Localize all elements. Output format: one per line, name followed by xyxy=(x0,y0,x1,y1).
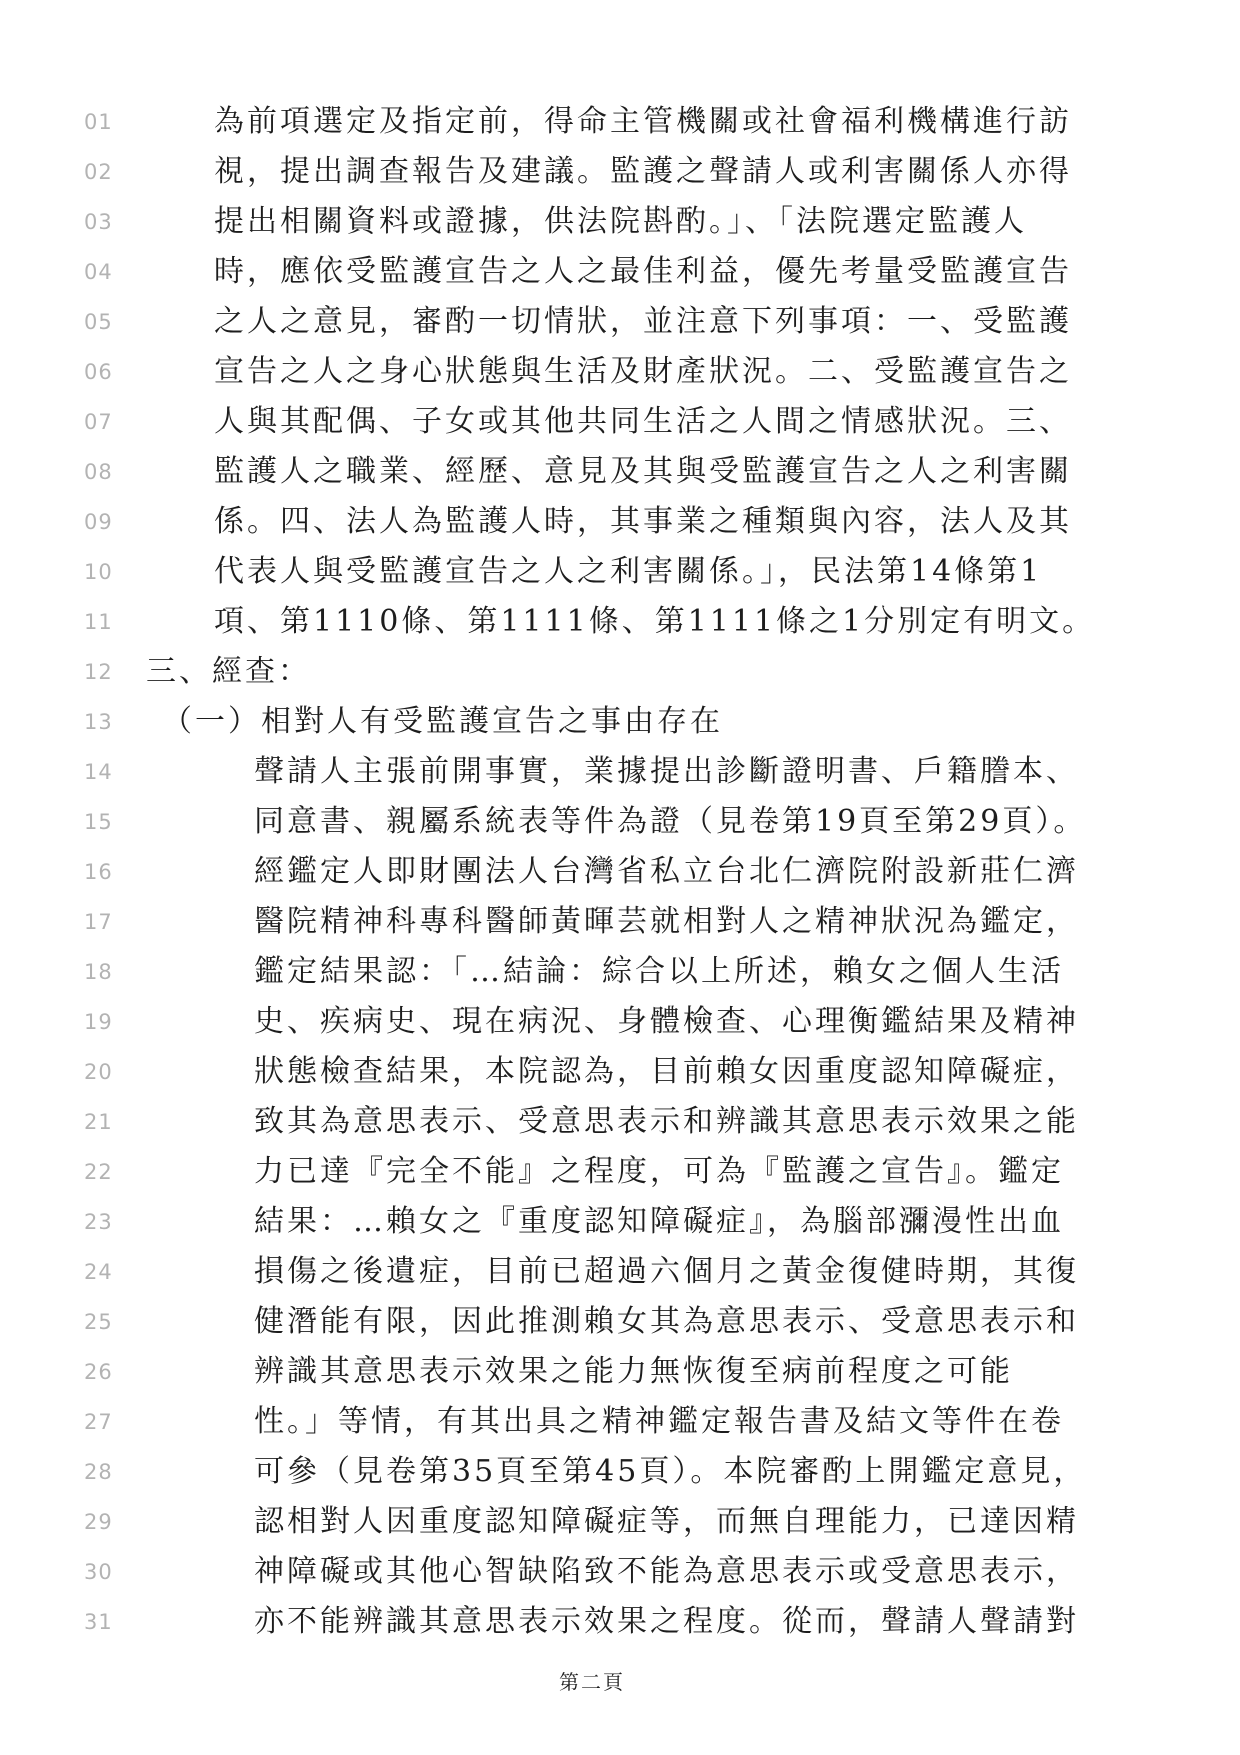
document-line: 18鑑定結果認：「…結論：綜合以上所述，賴女之個人生活 xyxy=(0,947,1240,997)
line-number: 20 xyxy=(84,1047,118,1097)
line-number: 12 xyxy=(84,647,118,697)
page-footer: 第二頁 xyxy=(147,1666,1037,1695)
document-line: 28可參（見卷第35頁至第45頁）。本院審酌上開鑑定意見， xyxy=(0,1447,1240,1497)
line-number: 23 xyxy=(84,1197,118,1247)
document-line: 02視，提出調查報告及建議。監護之聲請人或利害關係人亦得 xyxy=(0,147,1240,197)
document-line: 15同意書、親屬系統表等件為證（見卷第19頁至第29頁）。 xyxy=(0,797,1240,847)
document-line: 25健潛能有限，因此推測賴女其為意思表示、受意思表示和 xyxy=(0,1297,1240,1347)
line-text: 代表人與受監護宣告之人之利害關係。」，民法第14條第1 xyxy=(0,547,1240,597)
line-text: 亦不能辨識其意思表示效果之程度。從而，聲請人聲請對 xyxy=(0,1597,1240,1647)
line-number: 14 xyxy=(84,747,118,797)
line-number: 25 xyxy=(84,1297,118,1347)
line-number: 31 xyxy=(84,1597,118,1647)
document-line: 16經鑑定人即財團法人台灣省私立台北仁濟院附設新莊仁濟 xyxy=(0,847,1240,897)
line-number: 22 xyxy=(84,1147,118,1197)
line-text: 視，提出調查報告及建議。監護之聲請人或利害關係人亦得 xyxy=(0,147,1240,197)
line-text: 項、第1110條、第1111條、第1111條之1分別定有明文。 xyxy=(0,597,1240,647)
line-text: 可參（見卷第35頁至第45頁）。本院審酌上開鑑定意見， xyxy=(0,1447,1240,1497)
line-text: 辨識其意思表示效果之能力無恢復至病前程度之可能 xyxy=(0,1347,1240,1397)
line-text: 之人之意見，審酌一切情狀，並注意下列事項：一、受監護 xyxy=(0,297,1240,347)
line-number: 29 xyxy=(84,1497,118,1547)
document-line: 12三、經查： xyxy=(0,647,1240,697)
line-text: 認相對人因重度認知障礙症等，而無自理能力，已達因精 xyxy=(0,1497,1240,1547)
document-page: 01為前項選定及指定前，得命主管機關或社會福利機構進行訪02視，提出調查報告及建… xyxy=(0,0,1240,1755)
document-line: 19史、疾病史、現在病況、身體檢查、心理衡鑑結果及精神 xyxy=(0,997,1240,1047)
line-number: 11 xyxy=(84,597,118,647)
line-number: 21 xyxy=(84,1097,118,1147)
line-text: 三、經查： xyxy=(0,647,1240,697)
document-line: 09係。四、法人為監護人時，其事業之種類與內容，法人及其 xyxy=(0,497,1240,547)
document-line: 17醫院精神科專科醫師黃暉芸就相對人之精神狀況為鑑定， xyxy=(0,897,1240,947)
line-number: 18 xyxy=(84,947,118,997)
document-line: 07人與其配偶、子女或其他共同生活之人間之情感狀況。三、 xyxy=(0,397,1240,447)
document-line: 14聲請人主張前開事實，業據提出診斷證明書、戶籍謄本、 xyxy=(0,747,1240,797)
line-number: 06 xyxy=(84,347,118,397)
line-number: 15 xyxy=(84,797,118,847)
line-number: 04 xyxy=(84,247,118,297)
line-number: 19 xyxy=(84,997,118,1047)
line-text: 同意書、親屬系統表等件為證（見卷第19頁至第29頁）。 xyxy=(0,797,1240,847)
document-line: 23結果：…賴女之『重度認知障礙症』，為腦部瀰漫性出血 xyxy=(0,1197,1240,1247)
line-number: 28 xyxy=(84,1447,118,1497)
line-number: 08 xyxy=(84,447,118,497)
page-number-label: 第二頁 xyxy=(559,1670,625,1694)
line-text: 損傷之後遺症，目前已超過六個月之黃金復健時期，其復 xyxy=(0,1247,1240,1297)
line-number: 01 xyxy=(84,97,118,147)
line-text: 神障礙或其他心智缺陷致不能為意思表示或受意思表示， xyxy=(0,1547,1240,1597)
line-number: 26 xyxy=(84,1347,118,1397)
document-line: 31亦不能辨識其意思表示效果之程度。從而，聲請人聲請對 xyxy=(0,1597,1240,1647)
document-line: 03提出相關資料或證據，供法院斟酌。」、「法院選定監護人 xyxy=(0,197,1240,247)
line-number: 10 xyxy=(84,547,118,597)
line-text: 狀態檢查結果，本院認為，目前賴女因重度認知障礙症， xyxy=(0,1047,1240,1097)
line-text: 致其為意思表示、受意思表示和辨識其意思表示效果之能 xyxy=(0,1097,1240,1147)
line-text: 醫院精神科專科醫師黃暉芸就相對人之精神狀況為鑑定， xyxy=(0,897,1240,947)
document-line: 21致其為意思表示、受意思表示和辨識其意思表示效果之能 xyxy=(0,1097,1240,1147)
document-line: 13（一）相對人有受監護宣告之事由存在 xyxy=(0,697,1240,747)
line-text: 人與其配偶、子女或其他共同生活之人間之情感狀況。三、 xyxy=(0,397,1240,447)
line-number: 03 xyxy=(84,197,118,247)
line-text: 力已達『完全不能』之程度，可為『監護之宣告』。鑑定 xyxy=(0,1147,1240,1197)
line-number: 13 xyxy=(84,697,118,747)
document-line: 08監護人之職業、經歷、意見及其與受監護宣告之人之利害關 xyxy=(0,447,1240,497)
line-number: 07 xyxy=(84,397,118,447)
document-line: 10代表人與受監護宣告之人之利害關係。」，民法第14條第1 xyxy=(0,547,1240,597)
line-text: （一）相對人有受監護宣告之事由存在 xyxy=(0,697,1240,747)
line-text: 結果：…賴女之『重度認知障礙症』，為腦部瀰漫性出血 xyxy=(0,1197,1240,1247)
line-number: 05 xyxy=(84,297,118,347)
line-text: 係。四、法人為監護人時，其事業之種類與內容，法人及其 xyxy=(0,497,1240,547)
line-number: 17 xyxy=(84,897,118,947)
line-number: 24 xyxy=(84,1247,118,1297)
document-line: 27性。」等情，有其出具之精神鑑定報告書及結文等件在卷 xyxy=(0,1397,1240,1447)
document-line: 05之人之意見，審酌一切情狀，並注意下列事項：一、受監護 xyxy=(0,297,1240,347)
line-text: 聲請人主張前開事實，業據提出診斷證明書、戶籍謄本、 xyxy=(0,747,1240,797)
line-text: 為前項選定及指定前，得命主管機關或社會福利機構進行訪 xyxy=(0,97,1240,147)
line-number: 16 xyxy=(84,847,118,897)
line-text: 史、疾病史、現在病況、身體檢查、心理衡鑑結果及精神 xyxy=(0,997,1240,1047)
line-text: 提出相關資料或證據，供法院斟酌。」、「法院選定監護人 xyxy=(0,197,1240,247)
line-text: 監護人之職業、經歷、意見及其與受監護宣告之人之利害關 xyxy=(0,447,1240,497)
document-line: 26辨識其意思表示效果之能力無恢復至病前程度之可能 xyxy=(0,1347,1240,1397)
document-line: 06宣告之人之身心狀態與生活及財產狀況。二、受監護宣告之 xyxy=(0,347,1240,397)
line-text: 時，應依受監護宣告之人之最佳利益，優先考量受監護宣告 xyxy=(0,247,1240,297)
line-text: 健潛能有限，因此推測賴女其為意思表示、受意思表示和 xyxy=(0,1297,1240,1347)
document-line: 01為前項選定及指定前，得命主管機關或社會福利機構進行訪 xyxy=(0,97,1240,147)
document-line: 04時，應依受監護宣告之人之最佳利益，優先考量受監護宣告 xyxy=(0,247,1240,297)
document-line: 11項、第1110條、第1111條、第1111條之1分別定有明文。 xyxy=(0,597,1240,647)
line-text: 鑑定結果認：「…結論：綜合以上所述，賴女之個人生活 xyxy=(0,947,1240,997)
line-number: 09 xyxy=(84,497,118,547)
line-number: 02 xyxy=(84,147,118,197)
document-line: 22力已達『完全不能』之程度，可為『監護之宣告』。鑑定 xyxy=(0,1147,1240,1197)
line-text: 性。」等情，有其出具之精神鑑定報告書及結文等件在卷 xyxy=(0,1397,1240,1447)
line-text: 宣告之人之身心狀態與生活及財產狀況。二、受監護宣告之 xyxy=(0,347,1240,397)
document-line: 29認相對人因重度認知障礙症等，而無自理能力，已達因精 xyxy=(0,1497,1240,1547)
document-lines: 01為前項選定及指定前，得命主管機關或社會福利機構進行訪02視，提出調查報告及建… xyxy=(0,97,1240,1647)
line-text: 經鑑定人即財團法人台灣省私立台北仁濟院附設新莊仁濟 xyxy=(0,847,1240,897)
line-number: 27 xyxy=(84,1397,118,1447)
document-line: 24損傷之後遺症，目前已超過六個月之黃金復健時期，其復 xyxy=(0,1247,1240,1297)
document-line: 20狀態檢查結果，本院認為，目前賴女因重度認知障礙症， xyxy=(0,1047,1240,1097)
document-line: 30神障礙或其他心智缺陷致不能為意思表示或受意思表示， xyxy=(0,1547,1240,1597)
line-number: 30 xyxy=(84,1547,118,1597)
